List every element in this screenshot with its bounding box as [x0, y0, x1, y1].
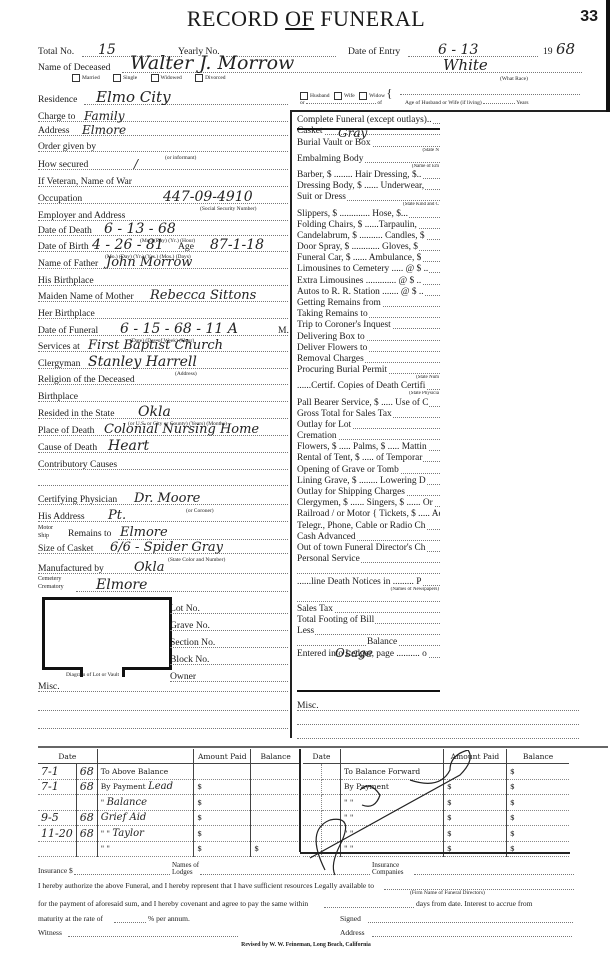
ssn-value[interactable]: 447-09-4910: [163, 189, 253, 205]
manufactured-value[interactable]: Okla: [134, 560, 164, 575]
ledger-left-balance[interactable]: [251, 779, 300, 795]
per-annum-text: % per annum.: [148, 914, 190, 923]
complete-funeral-underline: [297, 128, 440, 130]
ledger-left-hand[interactable]: Taylor: [112, 828, 144, 839]
ledger-left-balance[interactable]: [251, 764, 300, 780]
charge-row: Outlay for Lot: [297, 419, 440, 430]
charge-row: Flowers, $ ..... Palms, $ ..... Mattin: [297, 441, 440, 452]
deceased-name-value[interactable]: Walter J. Morrow: [130, 52, 294, 74]
field-physician: Certifying Physician Dr. Moore: [38, 493, 288, 506]
field-date-of-funeral: Date of Funeral 6 - 15 - 68 - 11 A M.: [38, 324, 288, 337]
charge-row: Limousines to Cemetery ..... @ $ ..: [297, 263, 440, 274]
charge-label: Telegr., Phone, Cable or Radio Ch: [297, 521, 427, 531]
charge-row: ......Certif. Copies of Death Certifi: [297, 380, 440, 391]
charge-row: Embalming Body: [297, 153, 440, 164]
charge-label: Removal Charges: [297, 354, 365, 364]
charge-row: Trip to Coroner's Inquest: [297, 319, 440, 330]
cause-of-death-value[interactable]: Heart: [108, 438, 149, 454]
misc-left-line-2: [38, 710, 288, 711]
field-date-of-birth: Date of Birth 4 - 26 - 81 Age 87-1-18: [38, 240, 288, 253]
charge-row: Suit or Dress: [297, 191, 440, 202]
charge-row: Telegr., Phone, Cable or Radio Ch: [297, 519, 440, 530]
single-checkbox[interactable]: [113, 74, 121, 82]
field-veteran-war: If Veteran, Name of War: [38, 175, 288, 188]
diagram-caption: Diagram of Lot or Vault: [66, 672, 119, 678]
wife-checkbox[interactable]: [334, 92, 342, 100]
order-given-by-label: Order given by: [38, 141, 96, 152]
ledger-left-hand[interactable]: Grief Aid: [101, 812, 147, 823]
manufactured-label: Manufactured by: [38, 563, 104, 574]
charge-row: Extra Limousines ............. @ $ ..: [297, 274, 440, 285]
less-value[interactable]: Osage: [335, 646, 373, 660]
race-caption: (What Race): [500, 76, 528, 82]
witness-label: Witness: [38, 928, 62, 937]
charge-label: Sales Tax: [297, 604, 334, 614]
page-title: RECORD OF FUNERAL: [0, 6, 612, 32]
am-label: M.: [278, 325, 289, 336]
right-edge-border: [606, 0, 610, 112]
resided-label: Resided in the State: [38, 408, 114, 419]
ledger-left-hand[interactable]: Lead: [148, 781, 173, 792]
charge-row: Autos to R. R. Station ....... @ $ ..: [297, 286, 440, 297]
field-place-of-death: Place of Death Colonial Nursing Home: [38, 424, 288, 437]
charge-row: Clergymen, $ ...... Singers, $ ...... Or: [297, 497, 440, 508]
charge-label: Autos to R. R. Station ....... @ $ ..: [297, 287, 425, 297]
date-of-birth-label: Date of Birth: [38, 241, 89, 252]
charge-label: Out of town Funeral Director's Ch: [297, 543, 427, 553]
age-value[interactable]: 87-1-18: [210, 237, 264, 253]
date-of-death-label: Date of Death: [38, 225, 92, 236]
charge-label: ......line Death Notices in ......... P: [297, 577, 422, 587]
services-at-label: Services at: [38, 341, 80, 352]
casket-size-label: Size of Casket: [38, 543, 93, 554]
ledger-left-year[interactable]: [76, 795, 97, 811]
ledger-left-year[interactable]: 68: [76, 764, 97, 780]
divorced-label: Divorced: [205, 75, 225, 81]
revised-by-credit: Revised by W. W. Feineman, Long Beach, C…: [0, 942, 612, 948]
date-of-death-value[interactable]: 6 - 13 - 68: [104, 221, 176, 237]
her-birthplace-label: Her Birthplace: [38, 308, 95, 319]
field-manufactured-by: Manufactured by Okla: [38, 562, 288, 575]
charge-label: Embalming Body: [297, 154, 364, 164]
ledger-left-row: 7-1 68 To Above Balance: [38, 764, 300, 780]
charge-row: [297, 564, 440, 575]
birthplace-label: Birthplace: [38, 391, 78, 402]
wife-label: Wife: [344, 93, 355, 99]
charge-label: Folding Chairs, $ ......Tarpaulin,: [297, 220, 418, 230]
charge-to-value[interactable]: Family: [84, 109, 125, 123]
charge-label: Outlay for Lot: [297, 420, 352, 430]
field-address: Address Elmore: [38, 124, 288, 137]
charge-row: Opening of Grave or Tomb: [297, 463, 440, 474]
residence-row: Residence Elmo City: [38, 90, 288, 106]
marital-status-checkboxes: Married Single Widowed Divorced: [72, 74, 226, 82]
charge-row: Total Footing of Bill: [297, 614, 440, 625]
charge-label: Deliver Flowers to: [297, 343, 368, 353]
title-funeral: FUNERAL: [314, 6, 425, 31]
charge-row: Outlay for Shipping Charges: [297, 486, 440, 497]
charge-label: Railroad / or Motor { Tickets, $ ..... A…: [297, 509, 440, 519]
field-misc-right: Misc.: [297, 698, 579, 712]
clergyman-label: Clergyman: [38, 358, 80, 369]
diagram-base-left: [42, 667, 82, 670]
mother-value[interactable]: Rebecca Sittons: [150, 288, 256, 303]
ledger-left-balance[interactable]: [251, 795, 300, 811]
charge-row: Personal Service: [297, 553, 440, 564]
charge-row: Door Spray, $ ............ Gloves, $: [297, 241, 440, 252]
misc-left-label: Misc.: [38, 681, 60, 692]
charge-label: Getting Remains from: [297, 298, 382, 308]
charge-label: Suit or Dress: [297, 192, 347, 202]
ledger-entry-rule: [297, 690, 440, 692]
charge-label: Opening of Grave or Tomb: [297, 465, 400, 475]
married-label: Married: [82, 75, 100, 81]
charge-row: Removal Charges: [297, 353, 440, 364]
widowed-label: Widowed: [161, 75, 182, 81]
insurance-label: Insurance $: [38, 866, 73, 875]
ledger-left-row: 11-20 68 " " Taylor $: [38, 826, 300, 842]
charges-list: Complete Funeral (except outlays)..Caske…: [297, 114, 440, 659]
total-no-label: Total No.: [38, 46, 74, 57]
charge-label: Outlay for Shipping Charges: [297, 487, 406, 497]
field-date-of-death: Date of Death 6 - 13 - 68: [38, 224, 288, 237]
or-label: or: [300, 100, 305, 106]
charge-row: Less: [297, 625, 440, 636]
charge-row: [297, 592, 440, 603]
ledger-left-year[interactable]: 68: [76, 810, 97, 826]
charge-label: Gross Total for Sales Tax: [297, 409, 393, 419]
charge-row: Lining Grave, $ ........ Lowering D: [297, 475, 440, 486]
charge-row: Complete Funeral (except outlays)..: [297, 114, 440, 125]
charge-row: Folding Chairs, $ ......Tarpaulin,: [297, 219, 440, 230]
lot-diagram: [42, 597, 172, 670]
physician-label: Certifying Physician: [38, 494, 117, 505]
ledger-left-desc: " ": [97, 841, 194, 857]
ledger-left-row: 9-5 68 Grief Aid $: [38, 810, 300, 826]
field-cemetery: Cemetery Crematory Elmore: [38, 576, 288, 594]
charge-row: Sales Tax: [297, 603, 440, 614]
charge-label: Procuring Burial Permit: [297, 365, 388, 375]
charge-label: Flowers, $ ..... Palms, $ ..... Mattin: [297, 442, 428, 452]
blank-line: [38, 485, 288, 486]
date-of-funeral-label: Date of Funeral: [38, 325, 98, 336]
cause-of-death-label: Cause of Death: [38, 442, 97, 453]
address-value[interactable]: Elmore: [82, 123, 126, 137]
charge-row: Candelabrum, $ .......... Candles, $: [297, 230, 440, 241]
ledger-left-row: 7-1 68 By Payment Lead $: [38, 779, 300, 795]
year-prefix: 19: [543, 46, 553, 57]
field-clergyman: Clergyman Stanley Harrell: [38, 357, 288, 370]
veteran-war-label: If Veteran, Name of War: [38, 176, 132, 187]
charge-row-line: [297, 601, 440, 602]
ledger-left-desc: " Balance: [97, 795, 194, 811]
charge-label: Extra Limousines ............. @ $ ..: [297, 276, 422, 286]
ditto-label: ": [101, 798, 104, 807]
charge-label: ......Certif. Copies of Death Certifi: [297, 381, 426, 391]
charge-row: Cremation: [297, 430, 440, 441]
field-misc-left: Misc.: [38, 680, 288, 693]
charge-row: Barber, $ ........ Hair Dressing, $..: [297, 169, 440, 180]
charge-row: Funeral Car, $ ...... Ambulance, $: [297, 252, 440, 263]
charge-label: Cash Advanced: [297, 532, 357, 542]
single-label: Single: [123, 75, 137, 81]
charge-label: Clergymen, $ ...... Singers, $ ...... Or: [297, 498, 434, 508]
field-services-at: Services at First Baptist Church: [38, 340, 288, 353]
charge-row: Railroad / or Motor { Tickets, $ ..... A…: [297, 508, 440, 519]
charge-row: Cash Advanced: [297, 531, 440, 542]
interest-text: maturity at the rate of: [38, 914, 103, 923]
clergyman-value[interactable]: Stanley Harrell: [88, 354, 197, 370]
crematory-label: Crematory: [38, 584, 64, 590]
charge-row: Getting Remains from: [297, 297, 440, 308]
field-religion: Religion of the Deceased: [38, 373, 288, 386]
ledger-left-desc-header: [97, 749, 194, 764]
field-charge-to: Charge to Family: [38, 110, 288, 123]
spouse-age-row: Age of Husband or Wife (if living) Years: [405, 100, 529, 106]
married-checkbox[interactable]: [72, 74, 80, 82]
ledger-left-desc: To Above Balance: [97, 764, 194, 780]
ledger-left-desc: " " Taylor: [97, 826, 194, 842]
charge-row-line: [297, 634, 440, 635]
ledger-left-date[interactable]: [38, 841, 76, 857]
of-label: of: [377, 100, 382, 106]
witness-row: Witness Address: [38, 926, 578, 938]
ship-label: Ship: [38, 533, 49, 539]
witness-field[interactable]: [68, 936, 238, 937]
charge-label: Limousines to Cemetery ..... @ $ ..: [297, 264, 429, 274]
field-order-given-by: Order given by: [38, 140, 288, 153]
place-of-death-label: Place of Death: [38, 425, 94, 436]
firm-caption: (Firm Name of Funeral Directors): [410, 890, 485, 896]
ledger-left-hand[interactable]: Balance: [107, 797, 147, 808]
widowed-checkbox[interactable]: [151, 74, 159, 82]
charge-label: Funeral Car, $ ...... Ambulance, $: [297, 253, 422, 263]
age-label: Age: [178, 241, 194, 252]
ledger-left-balance[interactable]: [251, 810, 300, 826]
ledger-left-amount[interactable]: [194, 764, 251, 780]
charge-label: Lining Grave, $ ........ Lowering D: [297, 476, 427, 486]
his-address-label: His Address: [38, 511, 85, 522]
charge-row: Burial Vault or Box: [297, 136, 440, 147]
insurance-row: Insurance $ Names of Lodges Insurance Co…: [38, 862, 608, 876]
footer-address-field[interactable]: [372, 936, 572, 937]
physician-value[interactable]: Dr. Moore: [134, 491, 200, 506]
charge-row: Slippers, $ ............. Hose, $...: [297, 207, 440, 218]
his-address-value[interactable]: Pt.: [108, 508, 126, 523]
field-resided-in-state: Resided in the State Okla: [38, 407, 288, 420]
charge-row: Out of town Funeral Director's Ch: [297, 542, 440, 553]
field-cause-of-death: Cause of Death Heart: [38, 441, 288, 454]
field-mother: Maiden Name of Mother Rebecca Sittons: [38, 290, 288, 303]
charge-label: Taking Remains to: [297, 309, 369, 319]
ledger-right-balance-header: Balance: [507, 749, 570, 764]
authorization-line-2: for the payment of aforesaid sum, and I …: [38, 897, 578, 909]
lot-fields: Lot No. Grave No. Section No. Block No. …: [170, 598, 288, 683]
title-of: OF: [285, 6, 314, 31]
deceased-name-label: Name of Deceased: [38, 62, 110, 73]
cemetery-value[interactable]: Elmore: [96, 577, 147, 593]
charge-row-line: [297, 573, 440, 574]
signed-field[interactable]: [368, 922, 573, 923]
authorization-line-1: I hereby authorize the above Funeral, an…: [38, 879, 578, 891]
charge-label: Candelabrum, $ .......... Candles, $: [297, 231, 426, 241]
misc-right-line-2: [297, 724, 579, 725]
religion-label: Religion of the Deceased: [38, 374, 135, 385]
charge-label: Door Spray, $ ............ Gloves, $: [297, 242, 419, 252]
page-number: 33: [580, 8, 598, 26]
diagram-base-right: [122, 667, 169, 670]
ledger-left-desc: By Payment Lead: [97, 779, 194, 795]
ledger-left-balance-header: Balance: [251, 749, 300, 764]
charge-label: Delivering Box to: [297, 332, 366, 342]
charge-row: Rental of Tent, $ ..... of Temporar: [297, 452, 440, 463]
charge-row: Procuring Burial Permit: [297, 364, 440, 375]
total-entry-row: Total No. 15 Yearly No. Date of Entry 6 …: [38, 44, 588, 58]
residence-label: Residence: [38, 94, 77, 105]
ditto-label: " ": [101, 829, 110, 838]
resided-value[interactable]: Okla: [138, 404, 171, 420]
lodges-label: Names of Lodges: [172, 862, 199, 876]
field-how-secured: How secured /: [38, 158, 288, 171]
ledger-left-date[interactable]: 7-1: [38, 764, 76, 780]
field-her-birthplace: Her Birthplace: [38, 307, 288, 320]
ledger-left-date[interactable]: [38, 795, 76, 811]
field-birthplace: Birthplace: [38, 390, 288, 403]
charge-label: Pall Bearer Service, $ ..... Use of C: [297, 398, 429, 408]
year-value[interactable]: 68: [556, 40, 575, 58]
charge-label: Total Footing of Bill: [297, 615, 375, 625]
charge-row: Deliver Flowers to: [297, 342, 440, 353]
top-divider: [290, 110, 606, 112]
column-divider: [290, 110, 292, 738]
ledger-left-date[interactable]: 11-20: [38, 826, 76, 842]
ledger-left-desc: Grief Aid: [97, 810, 194, 826]
ledger-top-rule: [38, 746, 608, 748]
charge-row: Casket: [297, 125, 440, 136]
ledger-left: Date Amount Paid Balance 7-1 68 To Above…: [38, 749, 300, 857]
ledger-left-balance[interactable]: $: [251, 841, 300, 857]
authorization-text-2b: days from date. Interest to accrue from: [416, 899, 532, 908]
years-label: Years: [516, 100, 528, 106]
charge-label: Personal Service: [297, 554, 361, 564]
charge-row: ......line Death Notices in ......... P: [297, 575, 440, 586]
charge-row: Taking Remains to: [297, 308, 440, 319]
charge-row: Dressing Body, $ ...... Underwear,: [297, 180, 440, 191]
ledger-left-row: " " $ $: [38, 841, 300, 857]
charge-row: Delivering Box to: [297, 330, 440, 341]
charge-label: Trip to Coroner's Inquest: [297, 320, 392, 330]
charge-label: Complete Funeral (except outlays)..: [297, 115, 433, 125]
ledger-left-year[interactable]: 68: [76, 779, 97, 795]
address-label: Address: [38, 125, 69, 136]
charge-label: Dressing Body, $ ...... Underwear,: [297, 181, 425, 191]
husband-label: Husband: [310, 93, 330, 99]
charge-to-label: Charge to: [38, 111, 75, 122]
services-at-value[interactable]: First Baptist Church: [88, 338, 223, 353]
field-father: Name of Father John Morrow: [38, 257, 288, 270]
title-record: RECORD: [187, 6, 285, 31]
authorization-text-2a: for the payment of aforesaid sum, and I …: [38, 899, 308, 908]
ledger-left-row: " Balance $: [38, 795, 300, 811]
date-of-birth-value[interactable]: 4 - 26 - 81: [92, 237, 164, 253]
father-value[interactable]: John Morrow: [106, 255, 192, 270]
father-label: Name of Father: [38, 258, 98, 269]
field-occupation: Occupation 447-09-4910: [38, 192, 288, 205]
footer-address-label: Address: [340, 928, 365, 937]
ledger-left-year[interactable]: 68: [76, 826, 97, 842]
or-of-row: or of: [300, 100, 382, 106]
ledger-left-year[interactable]: [76, 841, 97, 857]
charge-row: Pall Bearer Service, $ ..... Use of C: [297, 396, 440, 407]
charge-label: Less: [297, 626, 315, 636]
casket-size-value[interactable]: 6/6 - Spider Gray: [110, 540, 223, 555]
occupation-label: Occupation: [38, 193, 82, 204]
misc-left-line-3: [38, 728, 288, 729]
total-no-value[interactable]: 15: [98, 42, 116, 58]
cemetery-label: Cemetery: [38, 576, 61, 582]
spouse-age-label: Age of Husband or Wife (if living): [405, 100, 482, 106]
mother-label: Maiden Name of Mother: [38, 291, 134, 302]
date-of-funeral-value[interactable]: 6 - 15 - 68 - 11 A: [120, 321, 238, 337]
signed-label: Signed: [340, 914, 361, 923]
charge-label: Cremation: [297, 431, 338, 441]
spouse-checkboxes: Husband Wife Widow {: [300, 86, 392, 101]
field-his-address: His Address Pt.: [38, 510, 288, 523]
contributory-label: Contributory Causes: [38, 459, 117, 470]
motor-label: Motor: [38, 525, 53, 531]
authorization-text-1: I hereby authorize the above Funeral, an…: [38, 881, 374, 890]
field-his-birthplace: His Birthplace: [38, 274, 288, 287]
field-contributory: Contributory Causes: [38, 458, 288, 471]
widow-checkbox[interactable]: [359, 92, 367, 100]
diagram-gate-right: [122, 667, 125, 677]
employer-label: Employer and Address: [38, 210, 125, 221]
charge-label: Barber, $ ........ Hair Dressing, $..: [297, 170, 422, 180]
husband-checkbox[interactable]: [300, 92, 308, 100]
interest-row: maturity at the rate of % per annum. Sig…: [38, 912, 578, 924]
place-of-death-value[interactable]: Colonial Nursing Home: [104, 422, 259, 437]
deceased-row: Name of Deceased Walter J. Morrow White: [38, 58, 588, 74]
ledger-left-date[interactable]: 9-5: [38, 810, 76, 826]
ledger-left-amount-header: Amount Paid: [194, 749, 251, 764]
insurance-companies-label: Insurance Companies: [372, 862, 404, 876]
how-secured-label: How secured: [38, 159, 88, 170]
race-value[interactable]: White: [443, 56, 488, 74]
spouse-line: [400, 94, 580, 95]
field-casket-size: Size of Casket 6/6 - Spider Gray: [38, 542, 288, 555]
remains-to-value[interactable]: Elmore: [120, 525, 168, 540]
ledger-left-date[interactable]: 7-1: [38, 779, 76, 795]
how-secured-value[interactable]: /: [134, 157, 138, 171]
remains-to-label: Remains to: [68, 528, 111, 539]
charge-row: Gross Total for Sales Tax: [297, 408, 440, 419]
residence-value[interactable]: Elmo City: [96, 88, 171, 106]
his-birthplace-label: His Birthplace: [38, 275, 94, 286]
ledger-left-balance[interactable]: [251, 826, 300, 842]
by-payment-label: By Payment: [101, 782, 146, 791]
ledger-left-date-header: Date: [38, 749, 97, 764]
divorced-checkbox[interactable]: [195, 74, 203, 82]
date-of-entry-label: Date of Entry: [348, 46, 400, 57]
misc-right-line-3: [297, 738, 579, 739]
charge-label: Rental of Tent, $ ..... of Temporar: [297, 453, 423, 463]
widow-label: Widow: [369, 93, 385, 99]
charge-label: Slippers, $ ............. Hose, $...: [297, 209, 409, 219]
